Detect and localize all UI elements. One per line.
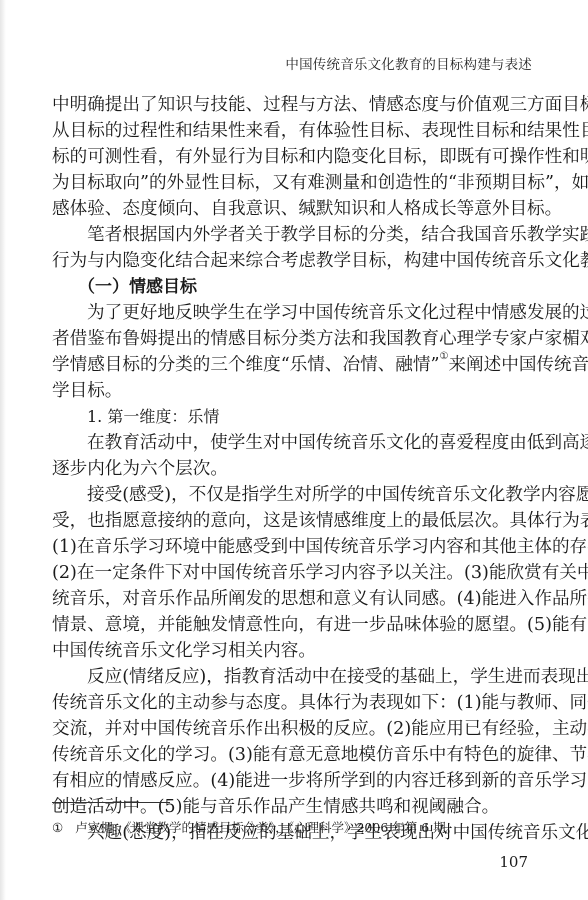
text-segment: 学情感目标的分类的三个维度“乐情、冶情、融情” [52,355,439,375]
footnote: ①卢家楣：《课堂教学的情感目标分类》，《心理科学》2006 年第 6 期。 [52,818,458,836]
text-line: (2)在一定条件下对中国传统音乐学习内容予以关注。(3)能欣赏有关中国传 [52,560,534,586]
text-line: 逐步内化为六个层次。 [52,456,534,482]
text-line: 学目标。 [52,378,534,404]
text-line: 为了更好地反映学生在学习中国传统音乐文化过程中情感发展的过程，笔 [52,300,534,326]
text-line: 为目标取向”的外显性目标，又有难测量和创造性的“非预期目标”，如学生的情 [52,170,534,196]
text-line: 从目标的过程性和结果性来看，有体验性目标、表现性目标和结果性目标。从目 [52,118,534,144]
body-text: 中明确提出了知识与技能、过程与方法、情感态度与价值观三方面目标。另外， 从目标的… [52,92,534,846]
text-line: (1)在音乐学习环境中能感受到中国传统音乐学习内容和其他主体的存在。 [52,534,534,560]
text-line: 受，也指愿意接纳的意向，这是该情感维度上的最低层次。具体行为表现如下： [52,508,534,534]
footnote-mark: ① [52,820,63,835]
footnote-text: 卢家楣：《课堂教学的情感目标分类》，《心理科学》2006 年第 6 期。 [75,820,458,835]
text-line: 传统音乐文化的主动参与态度。具体行为表现如下：(1)能与教师、同伴等互动 [52,690,534,716]
text-line: 创造活动中。(5)能与音乐作品产生情感共鸣和视阈融合。 [52,794,534,820]
text-segment: 来阐述中国传统音乐文化教 [448,355,588,375]
text-line: 有相应的情感反应。(4)能进一步将所学到的内容迁移到新的音乐学习内容或 [52,768,534,794]
page-number: 107 [499,853,528,871]
text-line: 中国传统音乐文化学习相关内容。 [52,638,534,664]
text-line: 标的可测性看，有外显行为目标和内隐变化目标，即既有可操作性和明确性“行 [52,144,534,170]
text-line: 行为与内隐变化结合起来综合考虑教学目标，构建中国传统音乐文化教学目标。 [52,248,534,274]
text-line: 笔者根据国内外学者关于教学目标的分类，结合我国音乐教学实践，将外显 [52,222,534,248]
text-line: 感体验、态度倾向、自我意识、缄默知识和人格成长等意外目标。 [52,196,534,222]
text-line: 在教育活动中，使学生对中国传统音乐文化的喜爱程度由低到高逐次递进、 [52,430,534,456]
section-heading: （一）情感目标 [52,274,534,300]
running-header: 中国传统音乐文化教育的目标构建与表述 [285,53,532,73]
text-line: 接受(感受)，不仅是指学生对所学的中国传统音乐文化教学内容愿意接 [52,482,534,508]
text-line-with-footnote: 学情感目标的分类的三个维度“乐情、冶情、融情”①来阐述中国传统音乐文化教 [52,352,534,378]
footnote-divider [52,802,170,803]
text-line: 交流，并对中国传统音乐作出积极的反应。(2)能应用已有经验，主动参与中国 [52,716,534,742]
subsection-heading: 1. 第一维度：乐情 [52,404,534,430]
text-line: 情景、意境，并能触发情意性向，有进一步品味体验的愿望。(5)能有目的预习 [52,612,534,638]
text-line: 传统音乐文化的学习。(3)能有意无意地模仿音乐中有特色的旋律、节奏等，并 [52,742,534,768]
text-line: 统音乐，对音乐作品所阐发的思想和意义有认同感。(4)能进入作品所描绘的 [52,586,534,612]
text-line: 中明确提出了知识与技能、过程与方法、情感态度与价值观三方面目标。另外， [52,92,534,118]
page-edge-shadow [0,0,6,900]
text-line: 者借鉴布鲁姆提出的情感目标分类方法和我国教育心理学专家卢家楣对课堂教 [52,326,534,352]
text-line: 反应(情绪反应)，指教育活动中在接受的基础上，学生进而表现出对中国 [52,664,534,690]
